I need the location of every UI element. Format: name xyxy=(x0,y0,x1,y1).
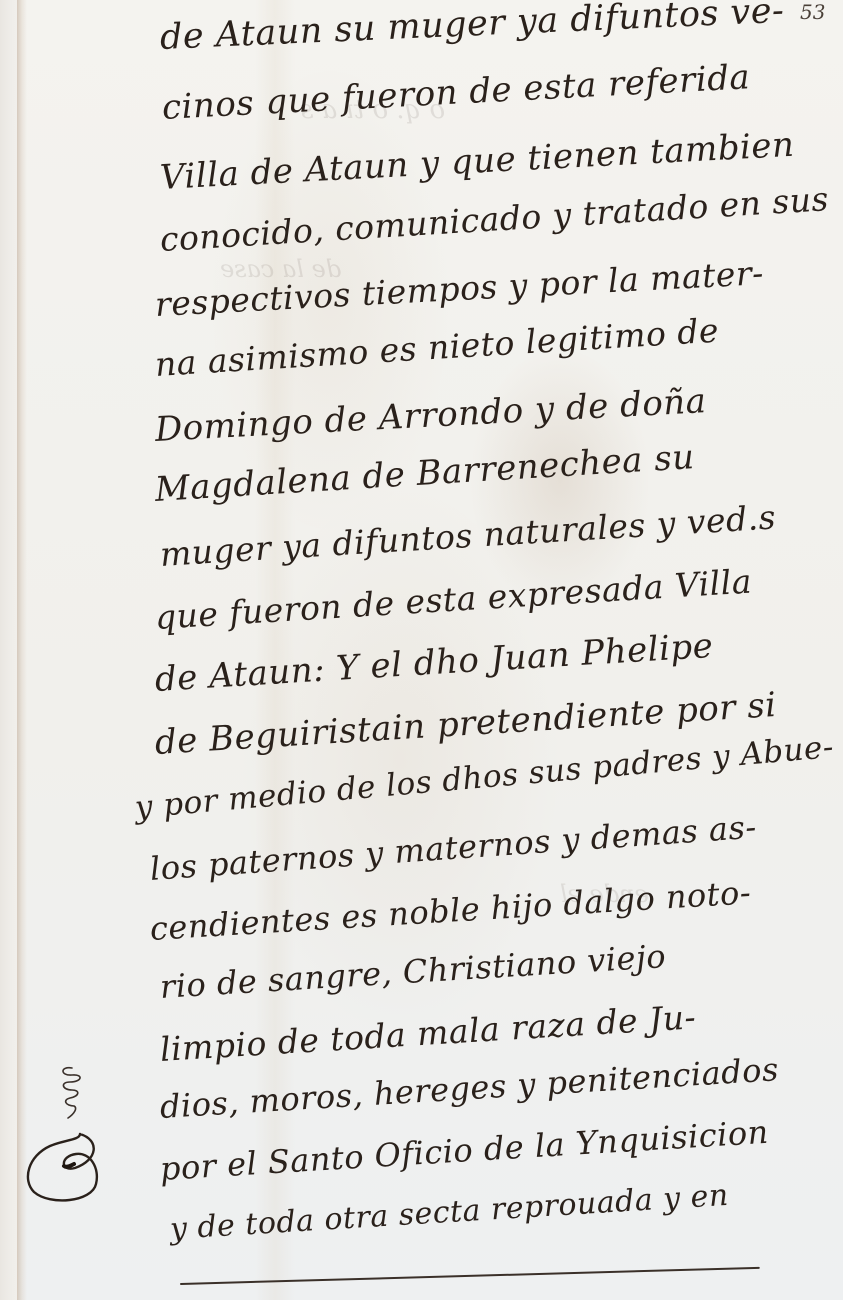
manuscript-line: muger ya difuntos naturales y ved.s xyxy=(159,497,777,574)
manuscript-line: de Ataun su muger ya difuntos ve- xyxy=(159,0,785,58)
manuscript-line: Magdalena de Barrenechea su xyxy=(154,437,696,510)
manuscript-page: o q. o ti a s de la case ende el 53 de A… xyxy=(0,0,843,1300)
manuscript-line: cinos que fueron de esta referida xyxy=(161,57,751,128)
page-gutter xyxy=(0,0,18,1300)
manuscript-line: Domingo de Arrondo y de doña xyxy=(154,381,707,450)
manuscript-line: por el Santo Oficio de la Ynquisicion xyxy=(159,1113,770,1188)
manuscript-line: limpio de toda mala raza de Ju- xyxy=(159,997,697,1069)
folio-number: 53 xyxy=(800,0,825,24)
manuscript-line: na asimismo es nieto legitimo de xyxy=(154,311,720,384)
manuscript-line: que fueron de esta expresada Villa xyxy=(154,562,753,637)
manuscript-line: rio de sangre, Christiano viejo xyxy=(159,937,667,1006)
manuscript-line: de Ataun: Y el dho Juan Phelipe xyxy=(154,626,715,700)
manuscript-line: y de toda otra secta reprouada y en xyxy=(169,1178,730,1247)
manuscript-line: los paternos y maternos y demas as- xyxy=(149,808,758,888)
rubric-flourish-icon xyxy=(20,1060,110,1210)
